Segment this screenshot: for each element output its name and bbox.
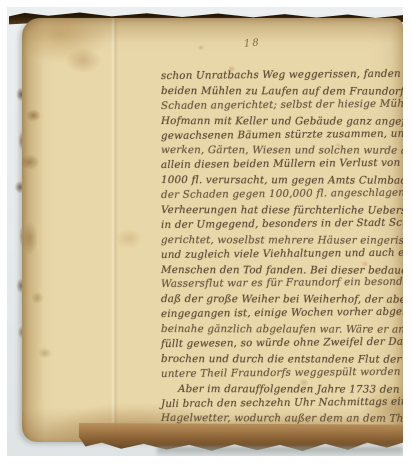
handwritten-line: Schaden angerichtet; selbst der hiesige … — [161, 96, 403, 113]
scanner-background: 18 schon Unratbachs Weg weggerissen, fan… — [7, 7, 403, 456]
page-number: 18 — [244, 37, 262, 50]
handwritten-line: der Schaden gegen 100,000 fl. angeschlag… — [161, 186, 403, 203]
manuscript-scan: 18 schon Unratbachs Weg weggerissen, fan… — [0, 0, 412, 464]
handwritten-line: schon Unratbachs Weg weggerissen, fanden… — [161, 66, 403, 83]
manuscript-page: 18 schon Unratbachs Weg weggerissen, fan… — [22, 18, 403, 442]
handwritten-line: Juli brach den sechzehn Uhr Nachmittags … — [161, 394, 403, 411]
handwritten-text-block: schon Unratbachs Weg weggerissen, fanden… — [161, 69, 403, 426]
handwritten-line: allein diesen beiden Müllern ein Verlust… — [161, 156, 403, 173]
handwritten-line: und zugleich viele Viehhaltungen und auc… — [161, 245, 403, 262]
handwritten-line: füllt gewesen, so würde ohne Zweifel der… — [161, 335, 403, 352]
page-drop-shadow — [157, 447, 403, 456]
handwritten-line: untere Theil Fraundorfs weggespült worde… — [161, 364, 403, 381]
handwritten-line: in der Umgegend, besonders in der Stadt … — [161, 215, 403, 232]
handwritten-line: eingegangen ist, einige Wochen vorher ab… — [161, 305, 403, 322]
handwritten-line: Wassersflut war es für Fraundorf ein bes… — [161, 275, 403, 292]
handwritten-line: gewachsenen Bäumen stürzte zusammen, und… — [161, 126, 403, 143]
